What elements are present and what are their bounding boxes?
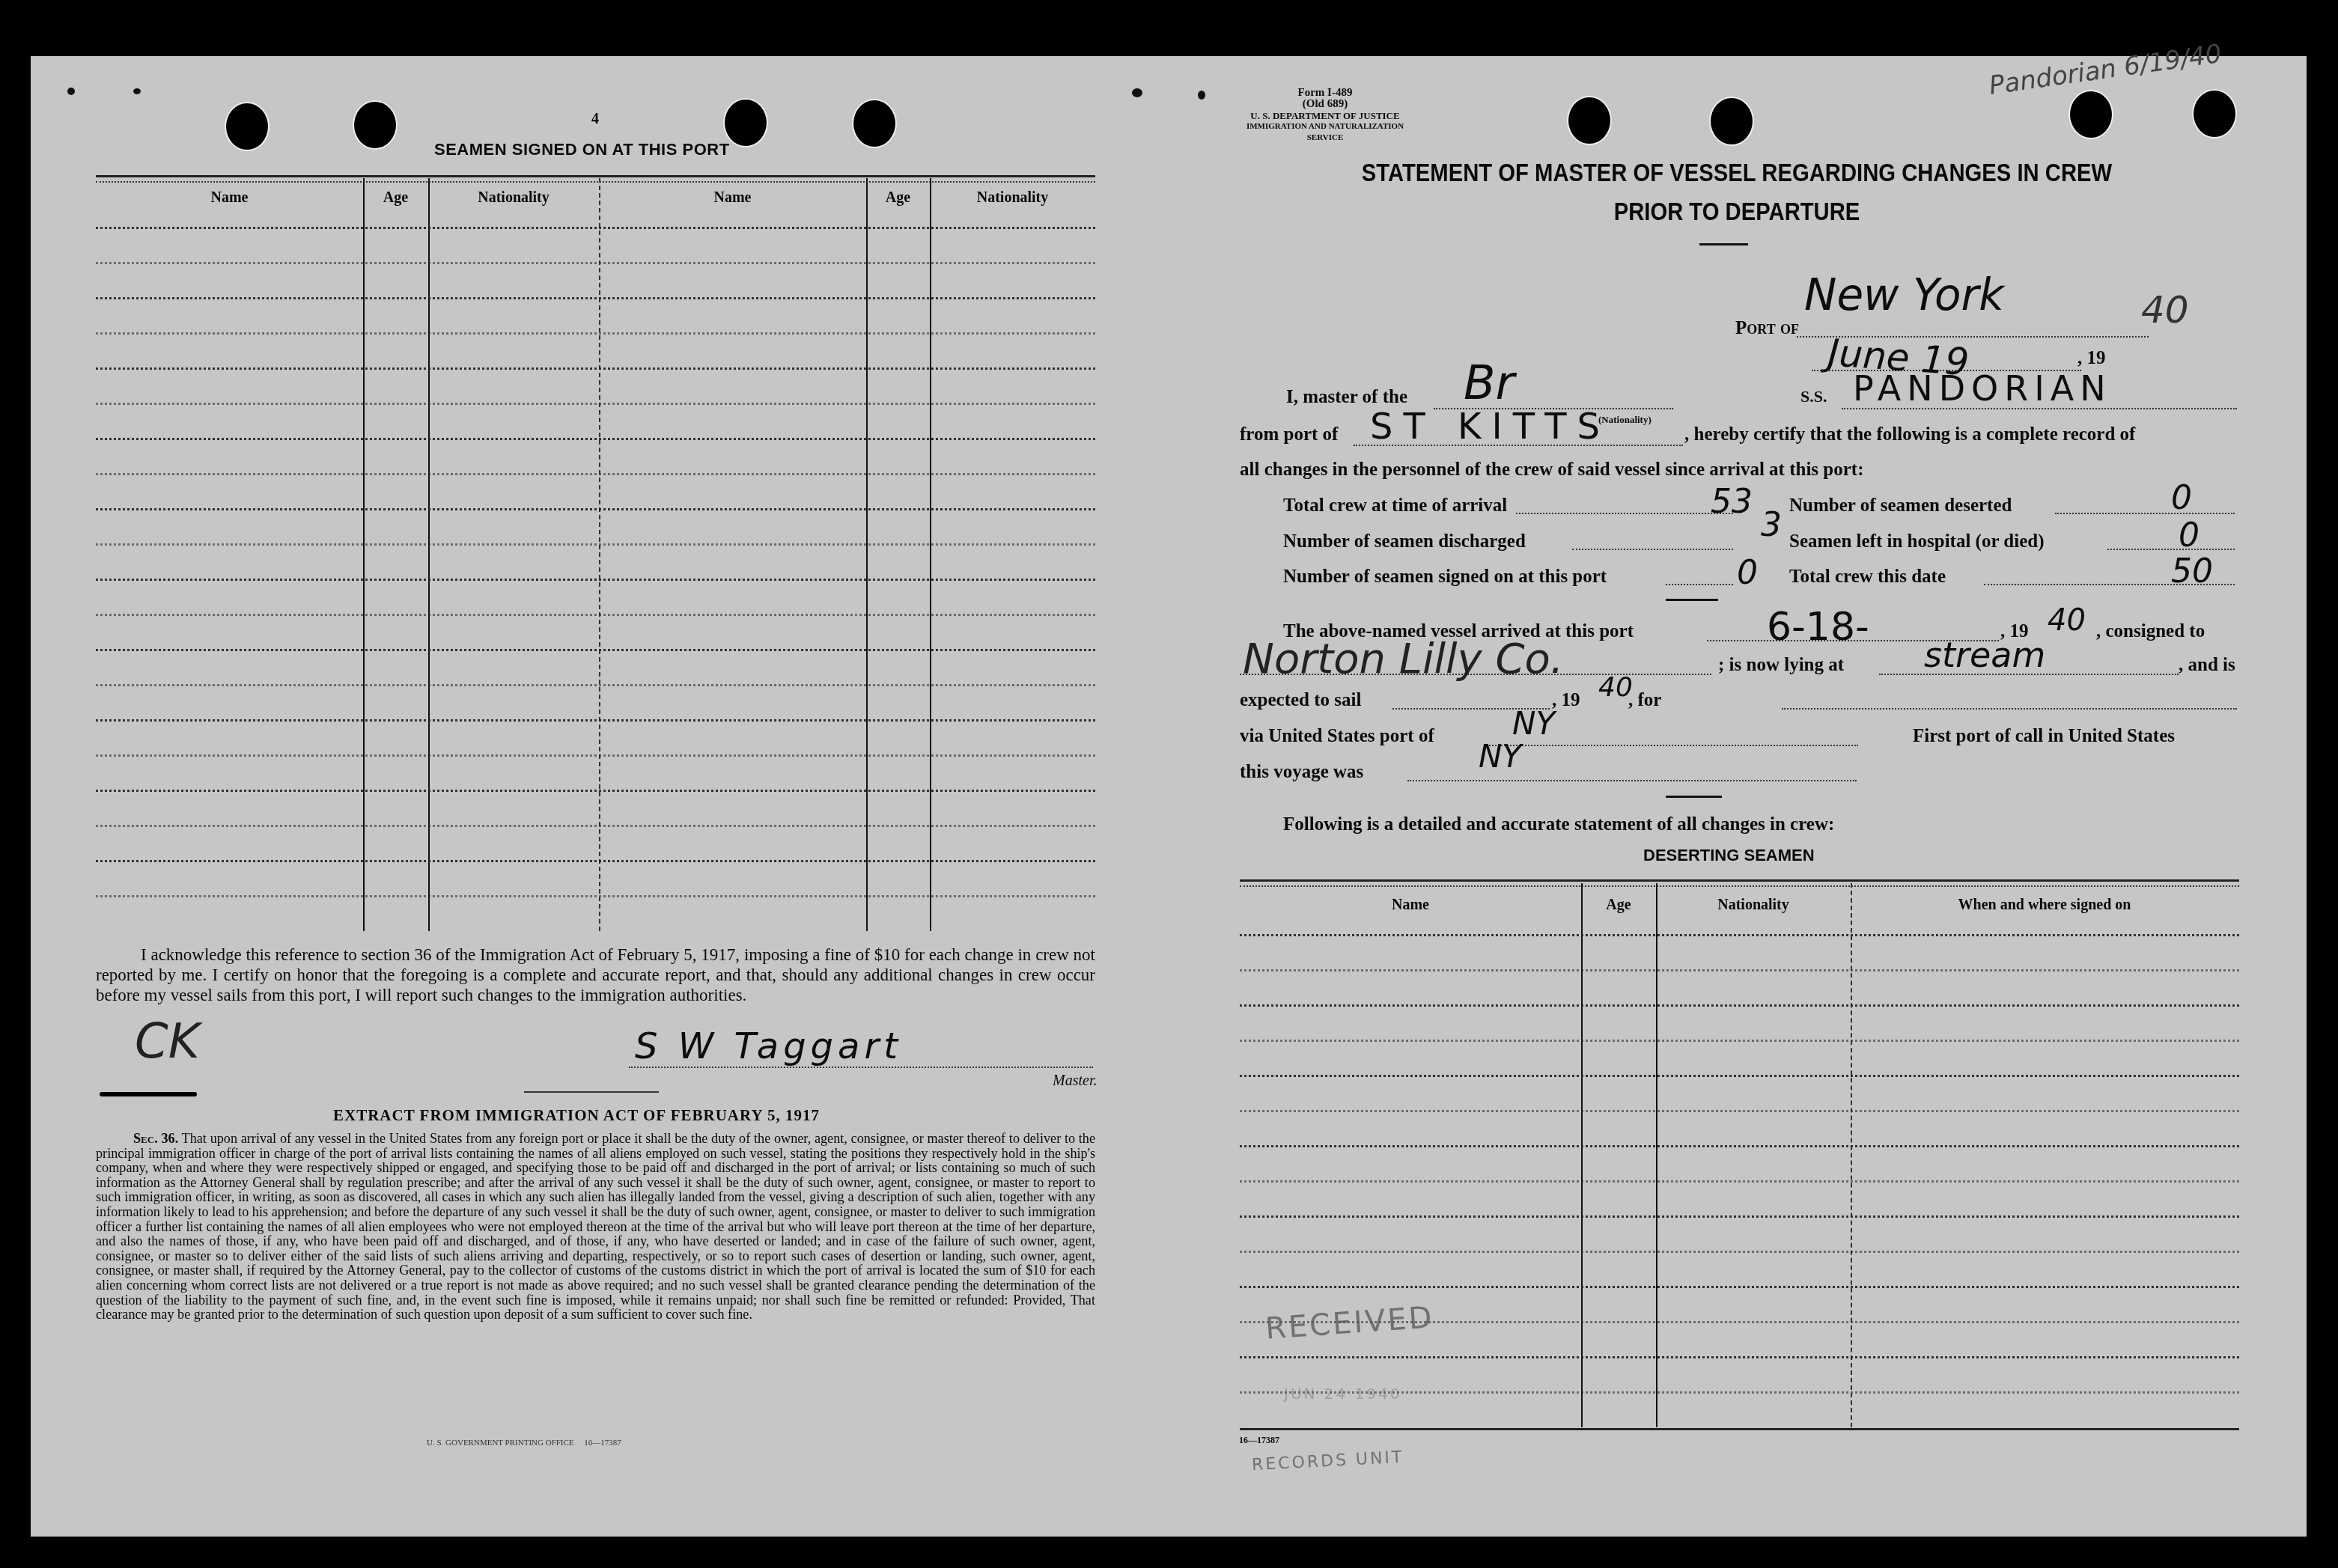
extract-title: EXTRACT FROM IMMIGRATION ACT OF FEBRUARY… [333,1106,820,1125]
punch-hole [354,102,396,148]
col-header-age-2: Age [866,189,930,207]
form-id: Form I-489 [1243,88,1407,99]
master-signature: S W Taggart [635,1025,902,1067]
table-row [1240,1356,2239,1358]
nationality-value: Br [1464,356,1514,410]
count-value-total-date: 50 [2171,552,2213,591]
title-line-2: PRIOR TO DEPARTURE [1299,192,2175,231]
port-of-label: Port of [1735,318,1799,339]
col-header-name: Name [1240,897,1581,914]
table-row [1240,1145,2239,1147]
page-number: 4 [591,111,599,128]
signature-line [629,1067,1093,1068]
table-row [96,790,1095,792]
count-leader [1572,549,1733,550]
count-label-total-arrival: Total crew at time of arrival [1283,495,1507,516]
table-row [96,403,1095,405]
changes-intro: all changes in the personnel of the crew… [1240,460,1864,481]
table-row [96,614,1095,616]
table-row [96,332,1095,335]
section-body: That upon arrival of any vessel in the U… [96,1131,1095,1322]
table-row [1240,1040,2239,1042]
ink-speck [133,88,141,94]
table-row [1240,969,2239,971]
count-value-hospital: 0 [2179,516,2200,555]
table-row [96,895,1095,897]
col-divider [1656,883,1657,1427]
punch-hole [1711,98,1753,144]
certify-text: , hereby certify that the following is a… [1684,424,2135,445]
table-row [96,579,1095,581]
table-row [96,825,1095,827]
col-divider [1581,883,1583,1427]
count-label-total-date: Total crew this date [1789,567,1946,588]
service-name: Immigration and Naturalization Service [1243,121,1407,144]
table-row [1240,1215,2239,1218]
table-row [96,754,1095,757]
table-row [96,438,1095,440]
voyage-value: NY [1479,738,1521,775]
count-label-deserted: Number of seamen deserted [1789,495,2012,516]
from-port-value: ST KITTS [1370,406,1610,448]
section-label: Sec. 36. [133,1131,178,1146]
and-is-label: , and is [2179,655,2235,676]
table-row [96,649,1095,651]
via-label: via United States port of [1240,726,1434,747]
initials-underline [100,1092,197,1096]
year-prefix: , 19 [2077,348,2106,369]
printer-line: U. S. GOVERNMENT PRINTING OFFICE 16—1738… [427,1439,621,1447]
punch-hole [2194,91,2235,137]
expected-year-prefix: , 19 [1552,690,1580,711]
via-value: NY [1512,705,1555,742]
from-port-label: from port of [1240,424,1338,445]
ss-label: S.S. [1800,387,1827,406]
table-row [96,543,1095,546]
ink-speck [67,88,75,95]
count-value-discharged: 3 [1761,506,1782,544]
voyage-label: this voyage was [1240,762,1363,783]
voyage-field [1407,780,1857,781]
col-header-nationality-2: Nationality [930,189,1095,207]
table-row [96,367,1095,370]
table-row [1240,1004,2239,1007]
table-row [96,860,1095,862]
col-divider [599,178,600,931]
separator-rule [524,1091,659,1093]
year-value: 40 [2141,288,2189,332]
title-line-1: STATEMENT OF MASTER OF VESSEL REGARDING … [1299,153,2175,192]
consignee-value: Norton Lilly Co. [1243,635,1564,683]
count-leader [2055,513,2235,514]
table-row [1240,1286,2239,1288]
table-row [96,508,1095,510]
left-table-title: SEAMEN SIGNED ON AT THIS PORT [434,140,730,159]
port-of-value: New York [1804,269,2004,320]
arrived-value: 6-18- [1767,605,1869,650]
master-caption: Master. [1053,1073,1097,1090]
for-field [1782,708,2237,710]
ss-value: PANDORIAN [1853,368,2112,409]
acknowledgement-text: I acknowledge this reference to section … [96,945,1095,1004]
punch-hole [725,100,767,146]
count-leader [1516,513,1733,514]
col-header-name: Name [96,189,363,207]
count-value-deserted: 0 [2171,479,2192,517]
form-old-id: (Old 689) [1243,99,1407,110]
section-rule [1666,599,1718,601]
following-text: Following is a detailed and accurate sta… [1283,814,1834,835]
form-number: Form I-489 (Old 689) U. S. DEPARTMENT OF… [1243,88,1407,144]
expected-label: expected to sail [1240,690,1361,711]
count-value-total-arrival: 53 [1711,483,1753,521]
table-row [96,262,1095,264]
clerk-initials: CK [135,1014,200,1070]
count-label-discharged: Number of seamen discharged [1283,531,1526,552]
col-header-signed-on: When and where signed on [1851,897,2238,914]
punch-hole [226,103,268,150]
nationality-caption: (Nationality) [1598,414,1651,426]
table-row [96,719,1095,722]
title-rule [1699,243,1748,245]
punch-hole [2070,91,2112,138]
col-divider [428,178,430,931]
table-row [1240,1075,2239,1077]
table-row [1240,1251,2239,1253]
lying-value: stream [1924,635,2045,675]
table-bottom-rule [1240,1428,2239,1430]
col-divider [930,178,931,931]
department-name: U. S. DEPARTMENT OF JUSTICE [1243,110,1407,121]
col-header-name-2: Name [599,189,866,207]
table-row [96,227,1095,229]
received-date-stamp: JUN 24 1940 [1284,1385,1402,1403]
col-divider [363,178,365,931]
table-row [96,297,1095,299]
count-leader [2107,549,2235,550]
right-table-title: DESERTING SEAMEN [1643,846,1815,865]
arrived-year: 40 [2048,603,2086,638]
punch-hole [1568,97,1610,144]
count-label-hospital: Seamen left in hospital (or died) [1789,531,2045,552]
table-row [96,473,1095,475]
section-rule [1666,796,1722,798]
acknowledgement-paragraph: I acknowledge this reference to section … [96,945,1095,1005]
table-row [1240,1180,2239,1183]
col-divider [1851,883,1852,1427]
form-footer-code: 16—17387 [1239,1435,1279,1446]
col-header-age: Age [363,189,428,207]
section-36-text: Sec. 36. That upon arrival of any vessel… [96,1132,1095,1323]
count-leader [1666,584,1733,585]
for-label: , for [1628,690,1661,711]
table-row [96,684,1095,686]
count-label-signed-on: Number of seamen signed on at this port [1283,567,1607,588]
table-row [1240,1110,2239,1112]
table-row [1240,934,2239,936]
first-port-label: First port of call in United States [1913,726,2175,747]
col-header-nationality: Nationality [1656,897,1851,914]
punch-hole [853,100,895,147]
col-header-nationality: Nationality [428,189,599,207]
lying-label: ; is now lying at [1718,655,1844,676]
ink-speck [1132,88,1142,97]
expected-year: 40 [1598,672,1633,703]
ink-speck [1198,91,1205,100]
table-top-rule [96,175,1095,183]
via-field [1484,745,1858,746]
consigned-label: , consigned to [2096,621,2205,642]
master-of-label: I, master of the [1286,387,1407,408]
col-header-age: Age [1581,897,1656,914]
col-divider [866,178,868,931]
table-top-rule [1240,879,2239,887]
count-value-signed-on: 0 [1737,554,1758,592]
form-title: STATEMENT OF MASTER OF VESSEL REGARDING … [1299,153,2175,231]
